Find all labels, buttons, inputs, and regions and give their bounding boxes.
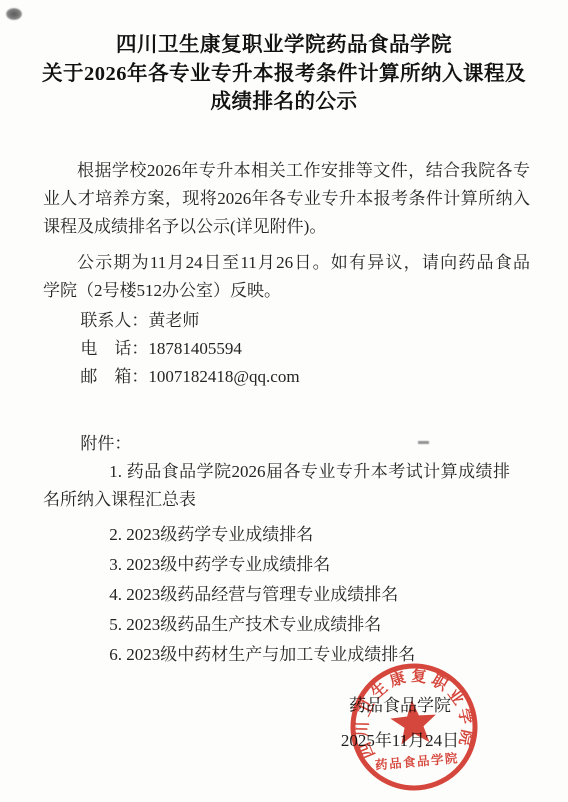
paragraph-intro-line: 根据学校2026年专升本相关工作安排等文件，结合我院各专	[43, 157, 530, 185]
contact-info: 联系人：黄老师 电 话：18781405594 邮 箱：1007182418@q…	[43, 307, 530, 391]
seal-bottom-text: 药品食品学院	[375, 750, 460, 772]
seal-star-icon	[389, 698, 438, 745]
attachment-item-1-line: 名所纳入课程汇总表	[43, 486, 510, 514]
paragraph-publicity-line: 公示期为11月24日至11月26日。如有异议，请向药品食品	[43, 249, 530, 277]
title-line-3: 成绩排名的公示	[0, 88, 568, 117]
paragraph-intro-line: 课程及成绩排名予以公示(详见附件)。	[43, 213, 530, 241]
official-red-seal: 四川卫生康复职业学院 药品食品学院	[341, 654, 486, 799]
contact-person-label: 联系人：	[80, 311, 148, 330]
attachment-item-2: 2. 2023级药学专业成绩排名	[43, 520, 510, 550]
contact-email-label: 邮 箱：	[80, 367, 148, 386]
attachment-item-4: 4. 2023级药品经营与管理专业成绩排名	[43, 580, 510, 610]
contact-phone-value: 18781405594	[148, 339, 242, 358]
attachment-item-3: 3. 2023级中药学专业成绩排名	[43, 550, 510, 580]
contact-email-value: 1007182418@qq.com	[148, 367, 299, 386]
attachment-item-5: 5. 2023级药品生产技术专业成绩排名	[43, 610, 510, 640]
contact-person-row: 联系人：黄老师	[43, 307, 530, 335]
attachments-heading: 附件：	[43, 430, 510, 458]
scan-dash-artifact	[418, 441, 429, 444]
attachments-section: 附件： 1. 药品食品学院2026届各专业专升本考试计算成绩排 名所纳入课程汇总…	[43, 430, 530, 670]
contact-phone-row: 电 话：18781405594	[43, 335, 530, 363]
contact-phone-label: 电 话：	[80, 339, 148, 358]
paragraph-intro-line: 业人才培养方案，现将2026年各专业专升本报考条件计算所纳入	[43, 185, 530, 213]
notice-body: 根据学校2026年专升本相关工作安排等文件，结合我院各专 业人才培养方案，现将2…	[43, 157, 530, 670]
paragraph-publicity-period: 公示期为11月24日至11月26日。如有异议，请向药品食品 学院（2号楼512办…	[43, 249, 530, 305]
contact-email-row: 邮 箱：1007182418@qq.com	[43, 363, 530, 391]
paragraph-publicity-line: 学院（2号楼512办公室）反映。	[43, 277, 530, 305]
title-line-2: 关于2026年各专业专升本报考条件计算所纳入课程及	[0, 60, 568, 89]
attachment-item-1: 1. 药品食品学院2026届各专业专升本考试计算成绩排 名所纳入课程汇总表	[43, 458, 510, 514]
scanned-notice-page: 四川卫生康复职业学院药品食品学院 关于2026年各专业专升本报考条件计算所纳入课…	[0, 0, 568, 802]
scan-smudge-artifact	[6, 8, 22, 20]
title-line-1: 四川卫生康复职业学院药品食品学院	[0, 31, 568, 60]
attachment-item-1-line: 1. 药品食品学院2026届各专业专升本考试计算成绩排	[43, 458, 510, 486]
notice-title: 四川卫生康复职业学院药品食品学院 关于2026年各专业专升本报考条件计算所纳入课…	[0, 0, 568, 117]
contact-person-value: 黄老师	[148, 311, 199, 330]
paragraph-intro: 根据学校2026年专升本相关工作安排等文件，结合我院各专 业人才培养方案，现将2…	[43, 157, 530, 241]
